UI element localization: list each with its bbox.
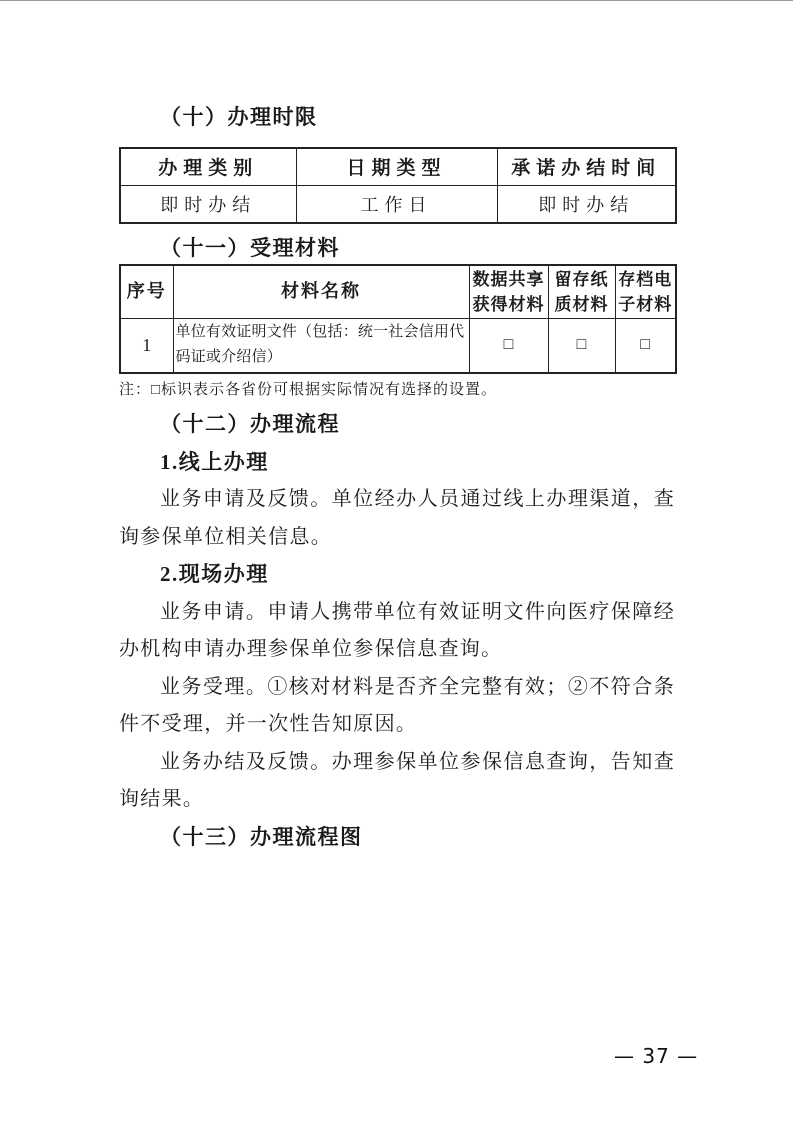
paragraph-business-completion: 业务办结及反馈。办理参保单位参保信息查询，告知查询结果。 (119, 744, 675, 819)
processing-time-table: 办理类别 日期类型 承诺办结时间 即时办结 工作日 即时办结 (119, 147, 677, 224)
col-header-paper: 留存纸质材料 (548, 265, 615, 318)
subheading-online-processing: 1.线上办理 (119, 444, 675, 482)
page-number: — 37 — (614, 1044, 698, 1068)
checkbox-electronic: □ (615, 318, 676, 373)
scan-edge-line (0, 0, 793, 1)
paragraph-online-processing: 业务申请及反馈。单位经办人员通过线上办理渠道，查询参保单位相关信息。 (119, 481, 675, 556)
checkbox-data-share: □ (469, 318, 548, 373)
checkbox-paper: □ (548, 318, 615, 373)
document-page: （十）办理时限 办理类别 日期类型 承诺办结时间 即时办结 工作日 即时办结 （… (0, 0, 793, 1122)
section-heading-processing-time: （十）办理时限 (119, 102, 675, 132)
col-header-sequence: 序号 (120, 265, 173, 318)
table-row: 1 单位有效证明文件（包括：统一社会信用代码证或介绍信） □ □ □ (120, 318, 676, 373)
paragraph-business-application: 业务申请。申请人携带单位有效证明文件向医疗保障经办机构申请办理参保单位参保信息查… (119, 594, 675, 669)
table-header-row: 办理类别 日期类型 承诺办结时间 (120, 148, 676, 185)
col-header-date-type: 日期类型 (296, 148, 497, 185)
cell-promised-time: 即时办结 (497, 185, 676, 223)
section-heading-acceptance-materials: （十一）受理材料 (119, 233, 675, 263)
cell-date-type: 工作日 (296, 185, 497, 223)
cell-processing-category: 即时办结 (120, 185, 296, 223)
cell-material-name: 单位有效证明文件（包括：统一社会信用代码证或介绍信） (173, 318, 469, 373)
section-heading-flow-chart: （十三）办理流程图 (119, 819, 675, 857)
subheading-onsite-processing: 2.现场办理 (119, 556, 675, 594)
section-heading-processing-flow: （十二）办理流程 (119, 406, 675, 444)
col-header-data-share: 数据共享获得材料 (469, 265, 548, 318)
col-header-material-name: 材料名称 (173, 265, 469, 318)
paragraph-business-acceptance: 业务受理。①核对材料是否齐全完整有效；②不符合条件不受理，并一次性告知原因。 (119, 669, 675, 744)
section-processing-flow: （十二）办理流程 1.线上办理 业务申请及反馈。单位经办人员通过线上办理渠道，查… (119, 406, 675, 856)
table-header-row: 序号 材料名称 数据共享获得材料 留存纸质材料 存档电子材料 (120, 265, 676, 318)
table-footnote: 注：□标识表示各省份可根据实际情况有选择的设置。 (119, 379, 675, 401)
col-header-electronic: 存档电子材料 (615, 265, 676, 318)
col-header-promised-time: 承诺办结时间 (497, 148, 676, 185)
cell-sequence: 1 (120, 318, 173, 373)
col-header-processing-category: 办理类别 (120, 148, 296, 185)
table-row: 即时办结 工作日 即时办结 (120, 185, 676, 223)
acceptance-materials-table: 序号 材料名称 数据共享获得材料 留存纸质材料 存档电子材料 1 单位有效证明文… (119, 264, 677, 374)
